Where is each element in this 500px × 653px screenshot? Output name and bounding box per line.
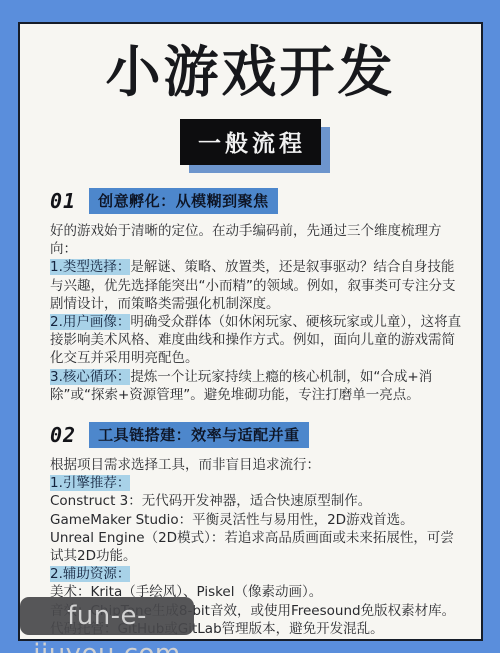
section-2-group-1-label: 1.引擎推荐： — [50, 475, 130, 491]
section-1-item-1-label: 1.类型选择： — [50, 259, 130, 275]
section-2-number: 02 — [50, 423, 76, 447]
section-1-number: 01 — [50, 189, 76, 213]
page-title: 小游戏开发 — [20, 40, 481, 104]
section-1-header: 01 创意孵化：从模糊到聚焦 — [50, 188, 466, 214]
section-2-header: 02 工具链搭建：效率与适配并重 — [50, 422, 466, 448]
section-2-heading: 工具链搭建：效率与适配并重 — [89, 422, 309, 448]
badge-row: 一般流程 — [20, 119, 481, 161]
info-card: 小游戏开发 一般流程 01 创意孵化：从模糊到聚焦 好的游戏始于清晰的定位。在动… — [18, 22, 483, 641]
section-2-group-2-label: 2.辅助资源： — [50, 566, 130, 582]
section-2-group-1-label-row: 1.引擎推荐： — [50, 474, 466, 492]
section-1-item-1: 1.类型选择：是解谜、策略、放置类，还是叙事驱动？结合自身技能与兴趣，优先选择能… — [50, 258, 466, 313]
section-1-item-2: 2.用户画像：明确受众群体（如休闲玩家、硬核玩家或儿童），这将直接影响美术风格、… — [50, 313, 466, 368]
subtitle-badge: 一般流程 — [180, 119, 321, 165]
section-1-heading: 创意孵化：从模糊到聚焦 — [89, 188, 278, 214]
section-1-body: 好的游戏始于清晰的定位。在动手编码前，先通过三个维度梳理方向： 1.类型选择：是… — [50, 222, 466, 404]
section-1-item-3: 3.核心循环：提炼一个让玩家持续上瘾的核心机制，如“合成+消除”或“探索+资源管… — [50, 368, 466, 404]
section-2-engine-line-3: Unreal Engine（2D模式）：若追求高品质画面或未来拓展性，可尝试其2… — [50, 529, 466, 565]
section-1-item-3-label: 3.核心循环： — [50, 369, 130, 385]
card-content: 01 创意孵化：从模糊到聚焦 好的游戏始于清晰的定位。在动手编码前，先通过三个维… — [20, 188, 481, 638]
section-2-group-2-label-row: 2.辅助资源： — [50, 565, 466, 583]
section-2-engine-line-1: Construct 3：无代码开发神器，适合快速原型制作。 — [50, 492, 466, 510]
section-2-intro: 根据项目需求选择工具，而非盲目追求流行： — [50, 456, 466, 474]
section-1-item-2-label: 2.用户画像： — [50, 314, 130, 330]
section-1-intro: 好的游戏始于清晰的定位。在动手编码前，先通过三个维度梳理方向： — [50, 222, 466, 258]
section-2-engine-line-2: GameMaker Studio：平衡灵活性与易用性，2D游戏首选。 — [50, 511, 466, 529]
watermark: fun-e-jiuyou.com — [20, 597, 194, 635]
